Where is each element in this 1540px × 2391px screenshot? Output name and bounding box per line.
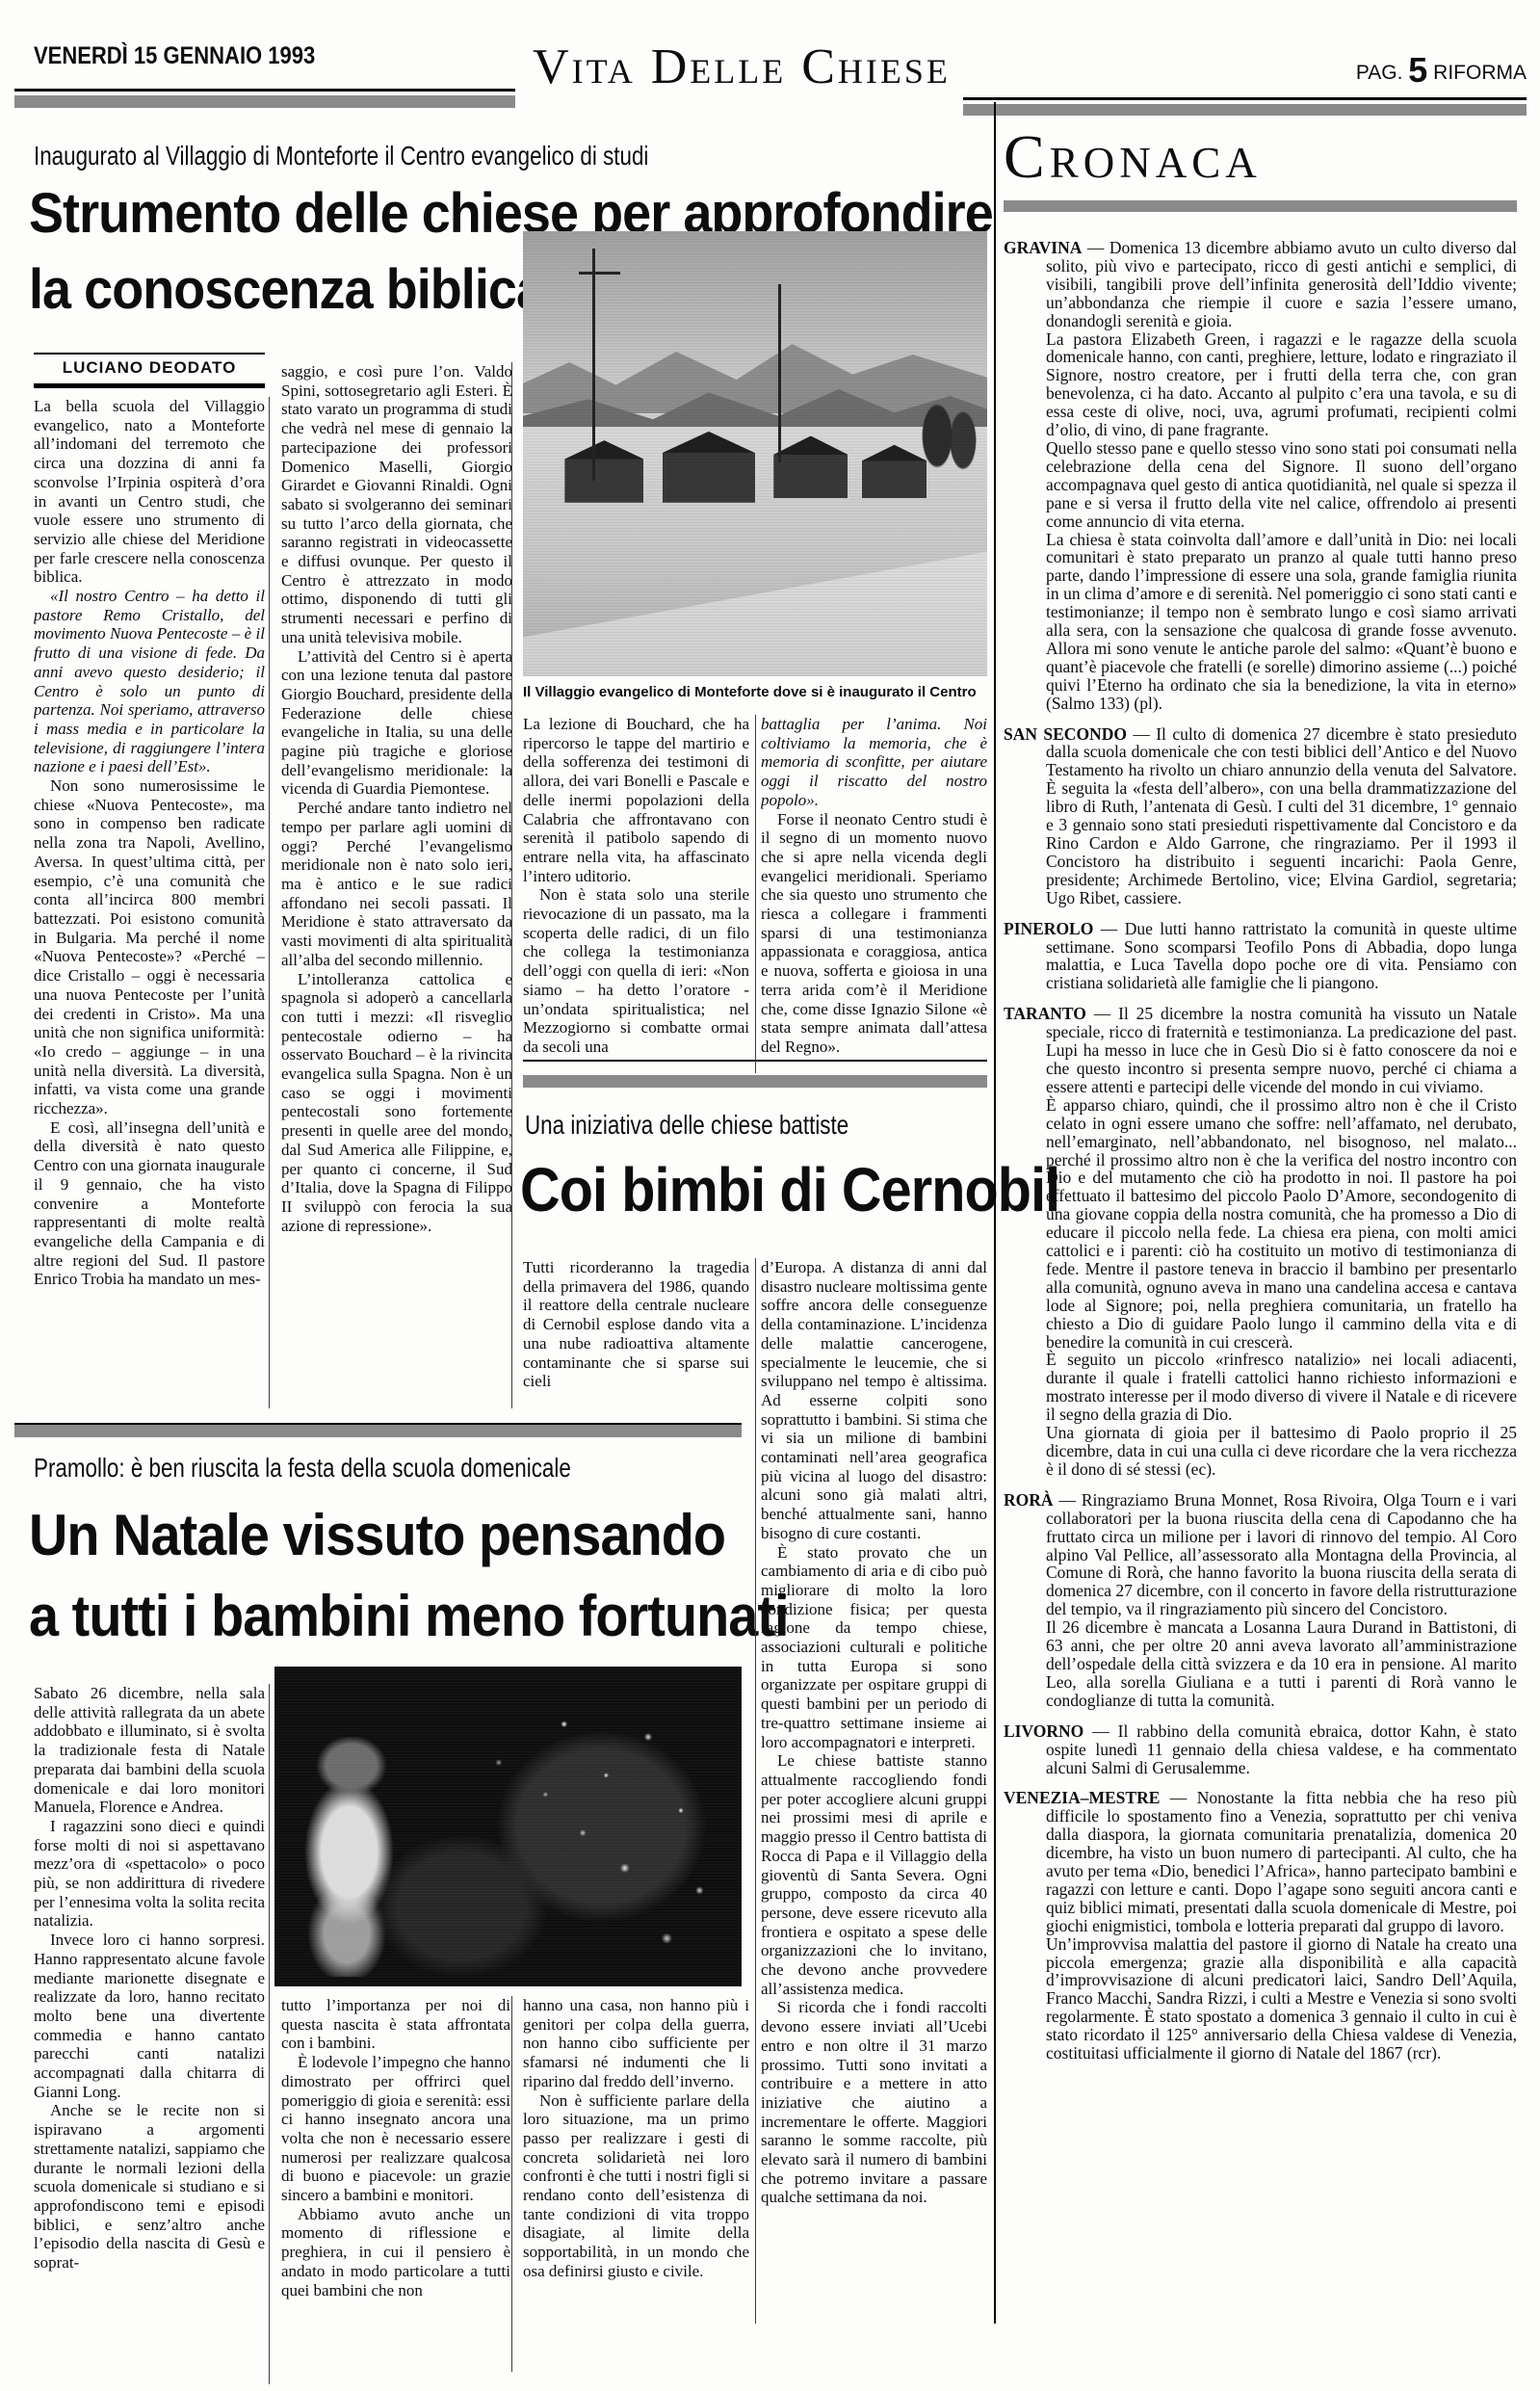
paragraph: L’attività del Centro si è aperta con un… [281,647,512,800]
page-number-brand: PAG. 5 RIFORMA [1356,50,1527,91]
issue-date: VENERDÌ 15 GENNAIO 1993 [34,42,315,70]
paragraph: tutto l’importanza per noi di questa nas… [281,1996,510,2053]
cronaca-entry-rora: RORÀ — Ringraziamo Bruna Monnet, Rosa Ri… [1004,1491,1517,1710]
paragraph: È apparso chiaro, quindi, che il prossim… [1046,1096,1517,1352]
paragraph: battaglia per l’anima. Noi coltiviamo la… [761,715,987,810]
photo-grain-overlay [274,1667,742,1986]
section-band [14,1423,742,1437]
cronaca-entry-paragraphs: Il 26 dicembre è mancata a Losanna Laura… [1046,1618,1517,1710]
cronaca-city: TARANTO [1004,1004,1086,1023]
cronaca-city: LIVORNO [1004,1721,1083,1741]
cronaca-text: — Nonostante la fitta nebbia che ha reso… [1046,1788,1517,1934]
paragraph: Sabato 26 dicembre, nella sala delle att… [34,1684,265,1817]
paragraph: Un’improvvisa malattia del pastore il gi… [1046,1935,1517,2063]
photo-grain-overlay [523,231,987,676]
paragraph: Il 26 dicembre è mancata a Losanna Laura… [1046,1618,1517,1710]
article3-column-3: hanno una casa, non hanno più i genitori… [523,1996,749,2377]
header-band-left [14,95,515,108]
christmas-party-photo [274,1667,742,1986]
header-rule-left [14,89,515,92]
cronaca-entry-san-secondo: SAN SECONDO — Il culto di domenica 27 di… [1004,725,1517,907]
cronaca-text: — Il rabbino della comunità ebraica, dot… [1046,1721,1517,1777]
paragraph: Non sono numerosissime le chiese «Nuova … [34,776,265,1118]
cronaca-title-band [1004,200,1517,212]
cronaca-entry-lead: LIVORNO — Il rabbino della comunità ebra… [1046,1722,1517,1777]
cronaca-text: — Il culto di domenica 27 dicembre è sta… [1046,724,1517,907]
cronaca-city: PINEROLO [1004,919,1093,938]
column-rule [511,362,512,1408]
photo-caption: Il Villaggio evangelico di Monteforte do… [523,684,987,700]
article2-headline: Coi bimbi di Cernobil [520,1156,1059,1223]
article3-kicker: Pramollo: è ben riuscita la festa della … [34,1453,571,1484]
cronaca-text: — Due lutti hanno rattristato la comunit… [1046,919,1517,993]
cronaca-city: SAN SECONDO [1004,724,1127,744]
page-number: 5 [1408,50,1427,90]
article3-column-2: tutto l’importanza per noi di questa nas… [281,1996,510,2377]
cronaca-entry-taranto: TARANTO — Il 25 dicembre la nostra comun… [1004,1005,1517,1479]
paragraph: d’Europa. A distanza di anni dal disastr… [761,1258,987,1543]
article2-kicker: Una iniziativa delle chiese battiste [525,1110,848,1141]
paragraph: La lezione di Bouchard, che ha ripercors… [523,715,749,885]
article1-column-2: saggio, e così pure l’on. Valdo Spini, s… [281,362,512,1408]
article2-column-a: Tutti ricorderanno la tragedia della pri… [523,1258,749,1420]
cronaca-entry-gravina: GRAVINA — Domenica 13 dicembre abbiamo a… [1004,239,1517,713]
cronaca-entry-pinerolo: PINEROLO — Due lutti hanno rattristato l… [1004,920,1517,993]
paragraph: Tutti ricorderanno la tragedia della pri… [523,1258,749,1391]
newspaper-page: VENERDÌ 15 GENNAIO 1993 Vita Delle Chies… [0,0,1540,2391]
cronaca-entry-venezia-mestre: VENEZIA–MESTRE — Nonostante la fitta neb… [1004,1789,1517,2063]
header-rule-right [963,97,1527,100]
column-rule [755,715,756,1073]
cronaca-separator-rule [994,102,996,2324]
cronaca-entry-lead: VENEZIA–MESTRE — Nonostante la fitta neb… [1046,1789,1517,1934]
article1-byline: LUCIANO DEODATO [34,353,265,388]
cronaca-column: GRAVINA — Domenica 13 dicembre abbiamo a… [1004,239,1517,2334]
paragraph: Forse il neonato Centro studi è il segno… [761,810,987,1057]
cronaca-text: — Il 25 dicembre la nostra comunità ha v… [1046,1004,1517,1096]
article3-headline-line1: Un Natale vissuto pensando [29,1495,789,1576]
paragraph: Non è stata solo una sterile rievocazion… [523,885,749,1056]
column-rule [269,397,270,1408]
page-section-title: Vita Delle Chiese [501,39,982,95]
paragraph: Le chiese battiste stanno attualmente ra… [761,1751,987,1998]
paragraph: hanno una casa, non hanno più i genitori… [523,1996,749,2091]
cronaca-title: Cronaca [1004,121,1262,193]
paragraph: L’intolleranza cattolica e spagnola si a… [281,970,512,1236]
cronaca-entry-paragraphs: Un’improvvisa malattia del pastore il gi… [1046,1935,1517,2063]
cronaca-entry-lead: TARANTO — Il 25 dicembre la nostra comun… [1046,1005,1517,1096]
cronaca-entry-lead: RORÀ — Ringraziamo Bruna Monnet, Rosa Ri… [1046,1491,1517,1618]
article3-headline-line2: a tutti i bambini meno fortunati [29,1576,789,1657]
paragraph: saggio, e così pure l’on. Valdo Spini, s… [281,362,512,647]
cronaca-text: — Domenica 13 dicembre abbiamo avuto un … [1046,239,1517,330]
article1-column-1: La bella scuola del Villaggio evangelico… [34,397,265,1408]
column-rule [511,1996,512,2372]
page-label: PAG. [1356,62,1403,84]
column-rule [755,1258,756,2324]
cronaca-text: — Ringraziamo Bruna Monnet, Rosa Rivoira… [1046,1490,1517,1618]
paragraph: Anche se le recite non si ispiravano a a… [34,2101,265,2272]
article2-column-b: d’Europa. A distanza di anni dal disastr… [761,1258,987,2329]
cronaca-entry-lead: GRAVINA — Domenica 13 dicembre abbiamo a… [1046,239,1517,330]
column-rule [269,1684,270,2384]
paragraph: Abbiamo avuto anche un momento di rifles… [281,2205,510,2300]
cronaca-entry-lead: SAN SECONDO — Il culto di domenica 27 di… [1046,725,1517,907]
article3-column-1: Sabato 26 dicembre, nella sala delle att… [34,1684,265,2387]
paragraph: Non è sufficiente parlare della loro sit… [523,2091,749,2281]
paragraph: Quello stesso pane e quello stesso vino … [1046,439,1517,531]
section-band [523,1075,987,1088]
cronaca-city: GRAVINA [1004,239,1082,257]
paragraph: Invece loro ci hanno sorpresi. Hanno rap… [34,1931,265,2101]
cronaca-city: VENEZIA–MESTRE [1004,1788,1160,1807]
cronaca-entry-paragraphs: La pastora Elizabeth Green, i ragazzi e … [1046,330,1517,713]
brand-name: RIFORMA [1433,62,1527,84]
paragraph: Perché andare tanto indietro nel tempo p… [281,799,512,969]
paragraph: «Il nostro Centro – ha detto il pastore … [34,587,265,776]
paragraph: Si ricorda che i fondi raccolti devono e… [761,1998,987,2207]
paragraph: È lodevole l’impegno che hanno dimostrat… [281,2053,510,2205]
article1-column-4: battaglia per l’anima. Noi coltiviamo la… [761,715,987,1073]
cronaca-entry-lead: PINEROLO — Due lutti hanno rattristato l… [1046,920,1517,993]
article3-headline: Un Natale vissuto pensando a tutti i bam… [29,1495,789,1657]
paragraph: La bella scuola del Villaggio evangelico… [34,397,265,587]
paragraph: La chiesa è stata coinvolta dall’amore e… [1046,531,1517,713]
cronaca-entry-paragraphs: È apparso chiaro, quindi, che il prossim… [1046,1096,1517,1479]
paragraph: E così, all’insegna dell’unità e della d… [34,1118,265,1289]
article1-kicker: Inaugurato al Villaggio di Monteforte il… [34,141,648,171]
header-band-right [963,104,1527,116]
paragraph: La pastora Elizabeth Green, i ragazzi e … [1046,330,1517,439]
paragraph: I ragazzini sono dieci e quindi forse mo… [34,1817,265,1931]
cronaca-entry-livorno: LIVORNO — Il rabbino della comunità ebra… [1004,1722,1517,1777]
village-photo [523,231,987,676]
cronaca-city: RORÀ [1004,1490,1054,1510]
paragraph: È seguito un piccolo «rinfresco natalizi… [1046,1351,1517,1424]
paragraph: Una giornata di gioia per il battesimo d… [1046,1424,1517,1479]
article1-column-3: La lezione di Bouchard, che ha ripercors… [523,715,749,1073]
paragraph: È stato provato che un cambiamento di ar… [761,1543,987,1752]
